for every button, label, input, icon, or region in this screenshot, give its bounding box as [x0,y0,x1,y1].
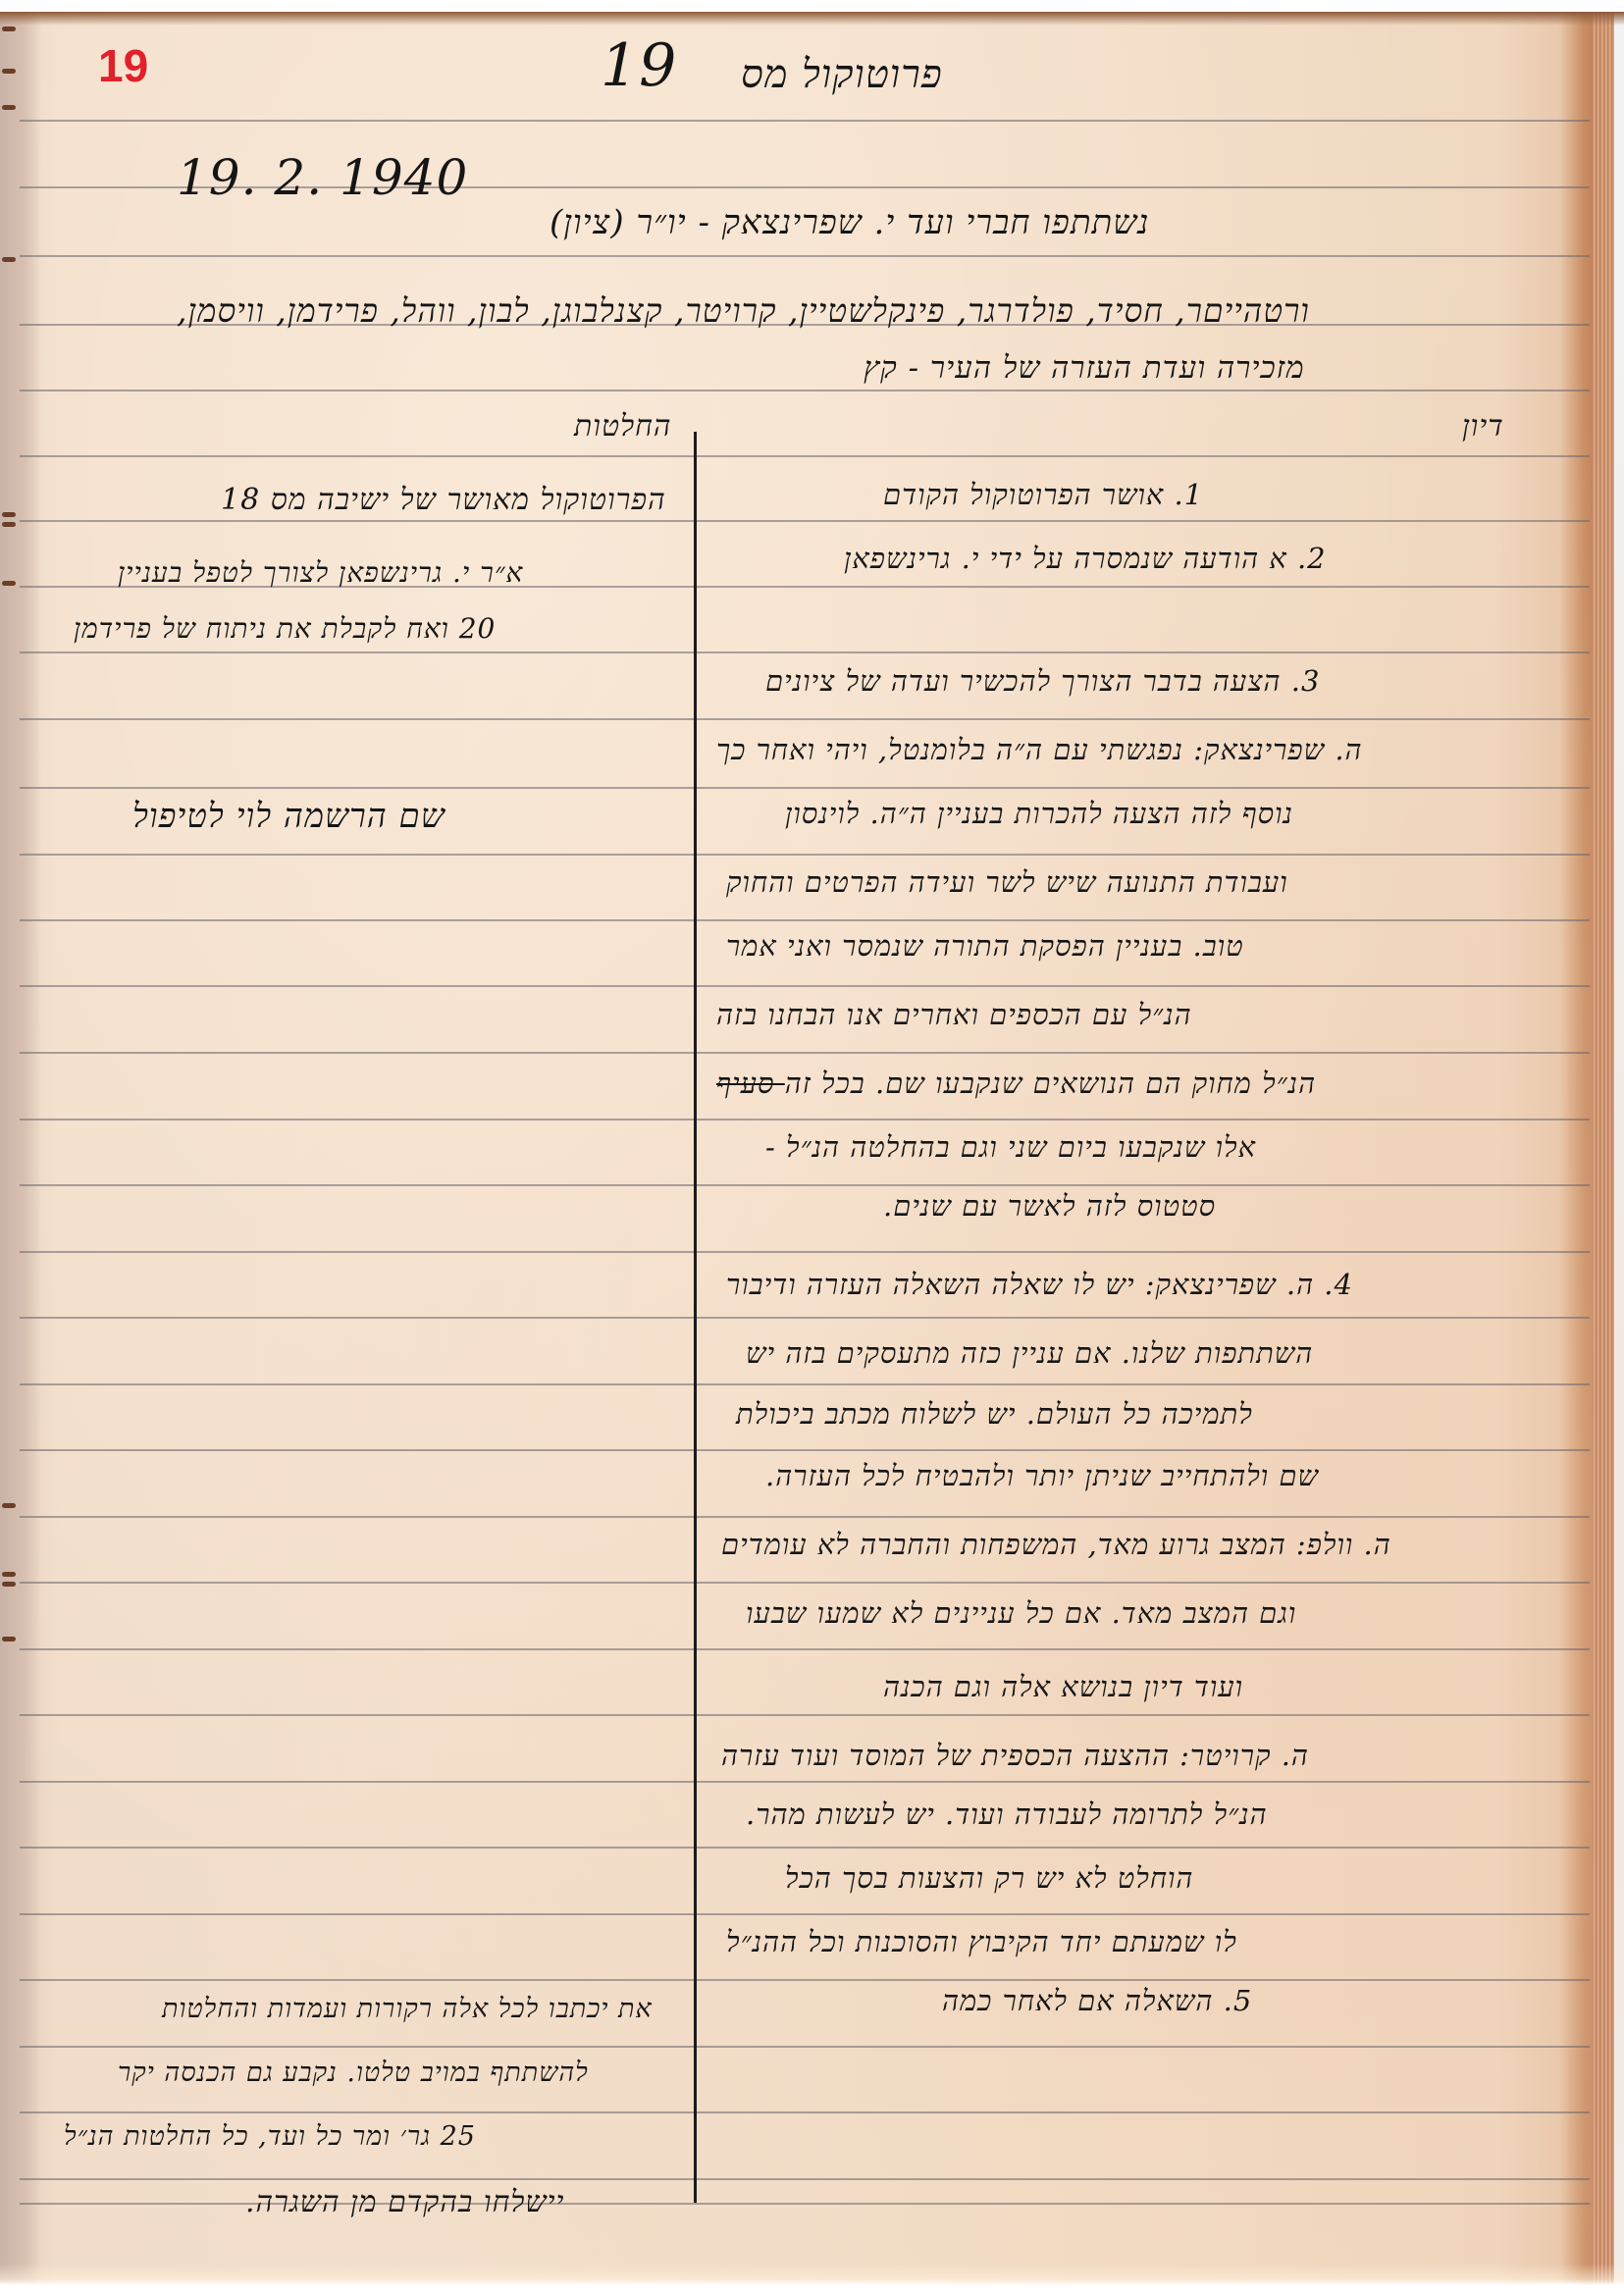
ruled-line [20,2046,1590,2048]
ruled-line [20,1913,1590,1915]
decision-note-line: יישלחו בהקדם מן השגרה. [245,2185,564,2219]
discussion-line: שם ולהתחייב שניתן יותר ולהבטיח לכל העזרה… [765,1459,1319,1493]
meeting-date: 19. 2. 1940 [177,149,468,206]
discussion-line: אלו שנקבעו ביום שני וגם בהחלטה הנ״ל - [765,1130,1256,1165]
ruled-line [20,120,1590,122]
discussion-line: הנ״ל מחוק הם הנושאים שנקבעו שם. בכל זה ס… [716,1067,1316,1101]
ruled-line [20,390,1590,391]
discussion-line: ועבודת התנועה שיש לשר ועידה הפרטים והחוק [726,865,1288,900]
discussion-line: ועוד דיון בנושא אלה וגם הכנה [883,1670,1243,1704]
decision-entry: א״ר י. גרינשפאן לצורך לטפל בעניין [118,556,523,590]
discussion-heading: דיון [1462,409,1504,443]
ruled-line [20,1251,1590,1253]
notebook-binding [0,12,41,2293]
ruled-line [20,2178,1590,2180]
discussion-line: נוסף לזה הצעה להכרות בעניין ה״ה. לוינסון [785,797,1293,831]
discussion-line: 3. הצעה בדבר הצורך להכשיר ועדה של ציונים [765,664,1320,699]
ruled-line [20,1714,1590,1716]
ruled-line [20,1582,1590,1584]
decision-note-line: את יכתבו לכל אלה רקורות ועמדות והחלטות [162,1994,653,2024]
discussion-line: לו שמעתם יחד הקיבוץ והסוכנות וכל ההנ״ל [726,1925,1237,1959]
ruled-line [20,1648,1590,1650]
ruled-line [20,1516,1590,1518]
ruled-line [20,1449,1590,1451]
decision-note-line: להשתתף במויב טלטו. נקבע גם הכנסה יקר [118,2058,589,2088]
ruled-line [20,1979,1590,1981]
ruled-line [20,1383,1590,1385]
discussion-line: הוחלט לא יש רק והצעות בסך הכל [785,1861,1193,1896]
protocol-number: 19 [601,31,677,100]
ruled-line [20,1052,1590,1054]
discussion-line: הנ״ל לתרומה לעבודה ועוד. יש לעשות מהר. [746,1798,1268,1832]
ruled-line [20,718,1590,720]
ruled-line [20,1781,1590,1783]
notebook-page: 19 19 פרוטוקול מס 19. 2. 1940 נשתתפו חבר… [0,12,1624,2293]
discussion-line: 2. א הודעה שנמסרה על ידי י. גרינשפאן [844,542,1327,576]
discussion-line: לתמיכה כל העולם. יש לשלוח מכתב ביכולת [736,1397,1253,1432]
page-top-edge [0,12,1624,26]
ruled-line [20,854,1590,856]
protocol-label: פרוטוקול מס [741,51,943,97]
ruled-line [20,455,1590,457]
page-edge [1593,12,1614,2293]
ruled-line [20,787,1590,789]
decisions-heading: החלטות [574,409,671,443]
attendees-line-1: נשתתפו חברי ועד י. שפרינצאק - יו״ר (ציון… [550,203,1149,242]
ruled-line [20,520,1590,522]
discussion-line: 4. ה. שפרינצאק: יש לו שאלה השאלה העזרה ו… [726,1268,1353,1302]
discussion-line: סטטוס לזה לאשר עם שנים. [883,1189,1216,1224]
column-divider [694,432,697,2203]
discussion-line: ה. וולפ: המצב גרוע מאד, המשפחות והחברה ל… [721,1528,1391,1562]
discussion-line: 5. השאלה אם לאחר כמה [942,1984,1252,2018]
discussion-line: הנ״ל עם הכספים ואחרים אנו הבחנו בזה [716,998,1192,1032]
decision-note-line: 25 גר׳ ומר כל ועד, כל החלטות הנ״ל [64,2121,476,2152]
attendees-line-3: מזכירה ועדת העזרה של העיר - קץ [864,350,1305,386]
ruled-line [20,255,1590,257]
page-bottom-edge [0,2264,1624,2293]
discussion-line: השתתפות שלנו. אם עניין כזה מתעסקים בזה י… [746,1336,1313,1371]
discussion-line: ה. שפרינצאק: נפגשתי עם ה״ה בלומנטל, ויהי… [716,733,1363,767]
decision-entry: 20 ואח לקבלת את ניתוח של פרידמן [74,612,496,646]
struck-word: סעיף [716,1067,785,1100]
discussion-line: 1. אושר הפרוטוקול הקודם [883,478,1203,512]
ruled-line [20,985,1590,987]
attendees-line-2: ורטהייםר, חסיד, פולדרגר, פינקלשטיין, קרו… [177,291,1310,331]
ruled-line [20,1317,1590,1319]
discussion-line: ה. קרויטר: ההצעה הכספית של המוסד ועוד עז… [721,1739,1309,1773]
decision-entry: הפרוטוקול מאושר של ישיבה מס 18 [221,483,666,517]
page-number: 19 [98,39,148,92]
ruled-line [20,1119,1590,1120]
ruled-line [20,651,1590,653]
ruled-line [20,1847,1590,1849]
discussion-line: וגם המצב מאד. אם כל עניינים לא שמעו שבעו [746,1596,1296,1631]
ruled-line [20,2111,1590,2113]
ruled-line [20,919,1590,921]
ruled-line [20,1184,1590,1186]
decision-entry: שם הרשמה לוי לטיפול [132,797,445,836]
discussion-line: טוב. בעניין הפסקת התורה שנמסר ואני אמר [726,929,1244,964]
